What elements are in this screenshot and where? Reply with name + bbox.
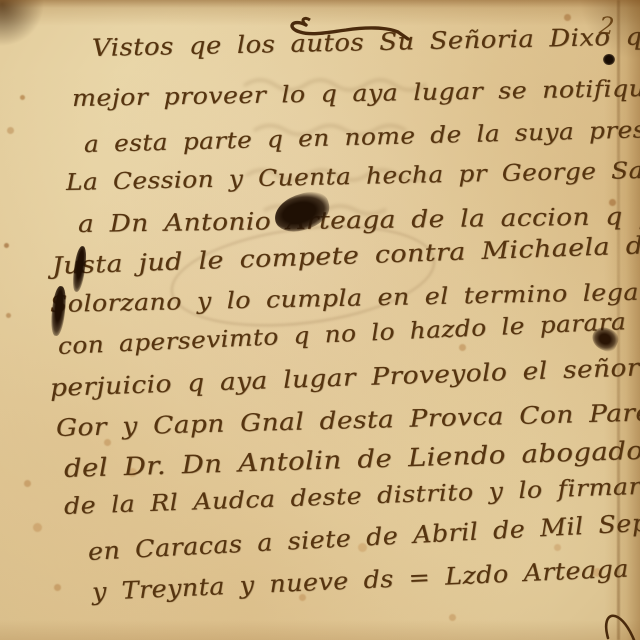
manuscript-line-6: Justa jud le compete contra Michaela de xyxy=(52,231,640,280)
manuscript-page: 2 Vistos qe los autos Su Señoria Dixo q … xyxy=(0,0,640,640)
manuscript-line-1: Vistos qe los autos Su Señoria Dixo q pa… xyxy=(92,21,640,62)
manuscript-line-10: Gor y Capn Gnal desta Provca Con Parecer xyxy=(56,397,640,442)
manuscript-line-4: La Cession y Cuenta hecha pr George Salg… xyxy=(66,156,640,196)
pen-stroke xyxy=(572,598,640,640)
manuscript-line-9: perjuicio q aya lugar Proveyolo el señor xyxy=(50,353,640,402)
manuscript-line-5: a Dn Antonio Arteaga de la accion q por xyxy=(78,202,640,238)
manuscript-line-2: mejor proveer lo q aya lugar se notifiqu… xyxy=(72,76,640,112)
foxing-spots xyxy=(20,95,25,100)
ink-blot xyxy=(603,54,615,65)
manuscript-line-3: a esta parte q en nome de la suya presen… xyxy=(84,116,640,158)
